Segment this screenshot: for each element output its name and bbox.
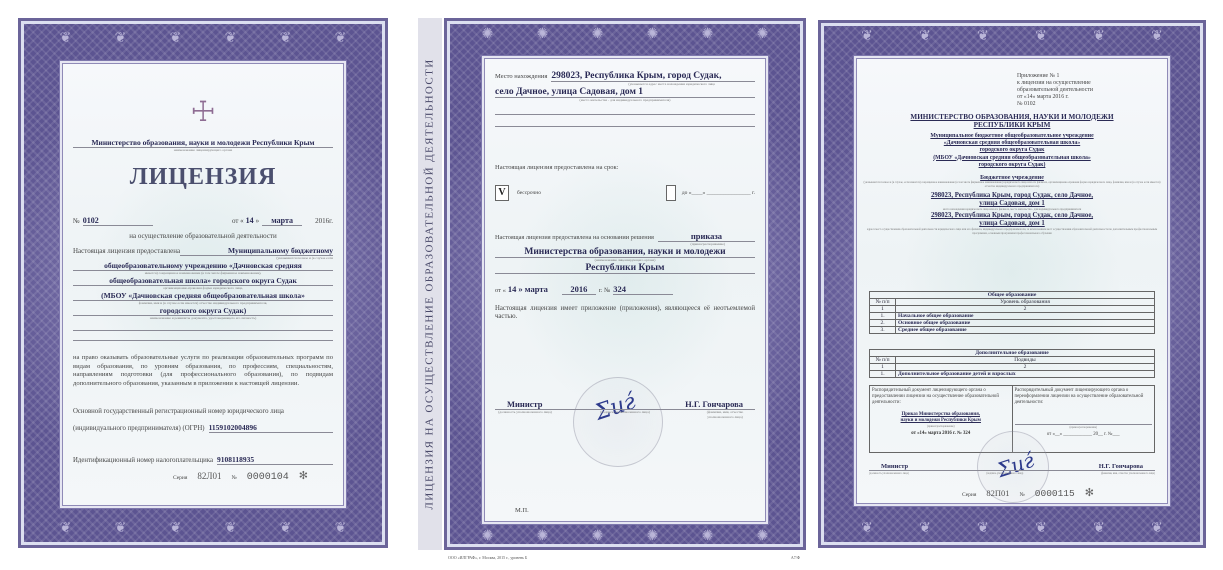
organization-name: городского округа Судак) (863, 162, 1161, 169)
license-reverse-body: Место нахождения 298023, Республика Крым… (484, 58, 766, 522)
table-row: 3.Среднее общее образование (870, 327, 1155, 334)
license-annex-page: ❦❦❦❦❦❦ ❦❦❦❦❦❦ Приложение № 1 к лицензии … (818, 20, 1206, 548)
table-row: 2.Основное общее образование (870, 320, 1155, 327)
license-rights-text: на право оказывать образовательные услуг… (73, 354, 333, 388)
legal-address: 298023, Республика Крым, город Судак, се… (863, 192, 1161, 208)
order-document: Приказ Министерства образования, науки и… (872, 412, 1010, 424)
coat-of-arms-icon: ☩ (188, 94, 218, 132)
signer-name: Н.Г. Гончарова (685, 399, 743, 409)
ogrn-value: 1159102004896 (209, 423, 333, 433)
form-code: А7/Ф (791, 555, 800, 560)
ornament-icon: ❦ (60, 32, 72, 46)
general-education-table: Общее образование № п/пУровень образован… (869, 291, 1155, 334)
official-seal (573, 377, 663, 467)
printer-note: ООО «ИЛГРАФ», г. Москва, 2015 г., уровен… (448, 555, 527, 560)
activity-address: 298023, Республика Крым, город Судак, се… (863, 212, 1161, 228)
annex-notice: Настоящая лицензия имеет приложение (при… (495, 305, 755, 321)
license-month: марта (262, 216, 302, 226)
license-page: ❦❦❦❦❦❦ ❦❦❦❦❦❦ ☩ Министерство образования… (18, 18, 388, 548)
licensee-line: общеобразовательная школа» городского ок… (73, 276, 333, 286)
stamp-label: М.П. (515, 507, 529, 514)
licensee-line: городского округа Судак) (73, 306, 333, 316)
table-row: 1.Начальное общее образование (870, 313, 1155, 320)
organization-name: «Дачновская средняя общеобразовательная … (863, 140, 1161, 147)
series-value: 82П01 (986, 488, 1009, 498)
reissue-date: от «__» ____________ 20__ г. №___ (1015, 432, 1153, 438)
licensee-line: (МБОУ «Дачновская средняя общеобразовате… (73, 291, 333, 301)
licensee-line: общеобразовательному учреждению «Дачновс… (73, 261, 333, 271)
license-reverse-page: ЛИЦЕНЗИЯ НА ОСУЩЕСТВЛЕНИЕ ОБРАЗОВАТЕЛЬНО… (418, 18, 806, 550)
asterisk-icon: ✻ (1085, 486, 1094, 499)
basis-authority: Министерства образования, науки и молоде… (495, 247, 755, 258)
license-number: 0102 (83, 216, 153, 226)
ministry-heading: МИНИСТЕРСТВО ОБРАЗОВАНИЯ, НАУКИ И МОЛОДЕ… (863, 113, 1161, 121)
serial-number: 0000115 (1035, 488, 1075, 499)
term-limited-checkbox (666, 185, 676, 201)
term-label: Настоящая лицензия предоставлена на срок… (495, 164, 618, 171)
asterisk-icon: ✻ (299, 469, 308, 482)
basis-year: 2016 (562, 284, 596, 295)
issuing-authority: Министерство образования, науки и молоде… (73, 138, 333, 148)
signer-position: Министр (881, 463, 908, 470)
series-value: 82Л01 (197, 471, 221, 481)
signer-position: Министр (507, 399, 543, 409)
license-day: 14 (246, 216, 254, 225)
order-date: от «14» марта 2016 г. № 324 (872, 431, 1010, 437)
organization-name: городского округа Судак (863, 147, 1161, 154)
location-value: 298023, Республика Крым, город Судак, (551, 71, 755, 82)
basis-day: 14 (508, 284, 517, 294)
license-purpose: на осуществление образовательной деятель… (63, 232, 343, 240)
basis-document: приказа (658, 231, 755, 242)
location-value: село Дачное, улица Садовая, дом 1 (495, 87, 755, 98)
annex-header: Приложение № 1 к лицензии на осуществлен… (1017, 73, 1093, 108)
licensee-line: Муниципальному бюджетному (180, 246, 333, 256)
basis-authority: Республики Крым (495, 263, 755, 274)
document-title: ЛИЦЕНЗИЯ (63, 164, 343, 191)
annex-body: Приложение № 1 к лицензии на осуществлен… (856, 58, 1168, 504)
inn-value: 9108118935 (217, 455, 333, 465)
table-row: 1.Дополнительное образование детей и взр… (870, 371, 1155, 378)
serial-number: 0000104 (247, 472, 289, 483)
signer-name: Н.Г. Гончарова (1099, 463, 1143, 470)
license-body: ☩ Министерство образования, науки и моло… (62, 63, 344, 506)
organization-name: (МБОУ «Дачновская средняя общеобразовате… (863, 155, 1161, 162)
basis-number: 324 (613, 284, 673, 295)
basis-month: » марта (518, 284, 548, 294)
license-year: 2016 (315, 217, 329, 225)
term-indefinite-checkbox: V (495, 185, 509, 201)
ministry-heading: РЕСПУБЛИКИ КРЫМ (863, 121, 1161, 129)
side-caption: ЛИЦЕНЗИЯ НА ОСУЩЕСТВЛЕНИЕ ОБРАЗОВАТЕЛЬНО… (418, 18, 442, 550)
additional-education-table: Дополнительное образование № п/пПодвиды … (869, 349, 1155, 378)
